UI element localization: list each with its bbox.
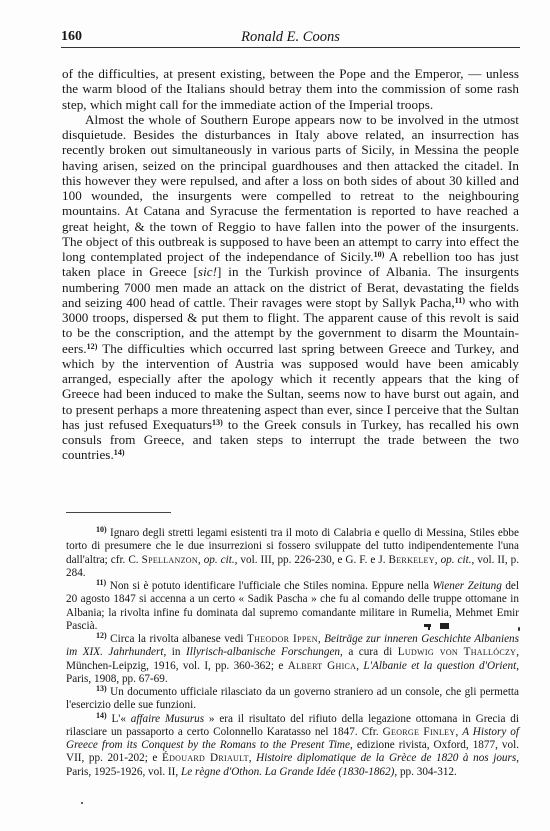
- text-run: Almost the whole of Southern Europe appe…: [62, 112, 519, 264]
- author-name: Spellanzon: [142, 554, 198, 566]
- text-run: Un documento ufficiale rilasciato da un …: [66, 686, 519, 711]
- body-paragraph: of the difficulties, at present existing…: [62, 66, 519, 112]
- footnote: 10) Ignaro degli stretti legami esistent…: [66, 527, 519, 580]
- text-run: , pp. 304-312.: [394, 766, 456, 778]
- italic-text: Illyrisch-albanische Forschungen: [186, 646, 340, 658]
- footnote-reference: 12): [87, 342, 98, 351]
- scan-artifact-dot: [518, 627, 520, 631]
- footnote-reference: 10): [374, 250, 385, 259]
- running-head: 160 Ronald E. Coons: [61, 28, 520, 46]
- footnotes: 10) Ignaro degli stretti legami esistent…: [66, 527, 519, 779]
- footnote-reference: 13): [212, 418, 223, 427]
- text-run: , vol. III, pp. 226-230, e G. F. e J.: [235, 554, 389, 566]
- running-head-author: Ronald E. Coons: [61, 28, 520, 46]
- author-name: Theodor Ippen: [247, 633, 318, 645]
- italic-text: Le règne d'Othon. La Grande Idée (1830-1…: [181, 766, 394, 778]
- italic-text: op. cit.: [204, 554, 235, 566]
- scan-artifact-dot: [81, 802, 83, 804]
- body-paragraph: Almost the whole of Southern Europe appe…: [62, 112, 519, 463]
- italic-text: sic!: [198, 264, 217, 279]
- book-page: 160 Ronald E. Coons of the difficulties,…: [0, 0, 550, 831]
- footnote-reference: 11): [455, 296, 465, 305]
- text-run: L'«: [107, 713, 131, 725]
- footnote: 11) Non si è potuto identificare l'uffic…: [66, 580, 519, 633]
- text-run: , a cura di: [340, 646, 398, 658]
- italic-text: L'Albanie et la question d'Orient: [363, 660, 516, 672]
- footnote-number: 10): [96, 525, 107, 534]
- footnote: 12) Circa la rivolta albanese vedi Theod…: [66, 633, 519, 686]
- footnote-reference: 14): [114, 448, 125, 457]
- italic-text: Wiener Zeitung: [432, 580, 501, 592]
- author-name: Ludwig von Thallóczy: [398, 646, 516, 658]
- header-rule: [61, 47, 520, 48]
- footnote: 13) Un documento ufficiale rilasciato da…: [66, 686, 519, 713]
- footnote-number: 13): [96, 684, 107, 693]
- footnote-number: 14): [96, 711, 107, 720]
- footnote-separator: [66, 512, 171, 513]
- italic-text: Histoire diplomatique de la Grèce de 182…: [256, 752, 516, 764]
- text-run: Non si è potuto identificare l'ufficiale…: [106, 580, 432, 592]
- italic-text: affaire Musurus: [131, 713, 204, 725]
- author-name: Édouard Driault: [162, 752, 249, 764]
- footnote: 14) L'« affaire Musurus » era il risulta…: [66, 713, 519, 779]
- footnote-number: 12): [96, 631, 107, 640]
- scan-artifact-mark: [428, 624, 430, 630]
- scan-artifact-mark: [440, 623, 449, 629]
- text-run: Circa la rivolta albanese vedi: [107, 633, 247, 645]
- main-body-text: of the difficulties, at present existing…: [62, 66, 519, 463]
- footnote-number: 11): [96, 578, 106, 587]
- text-run: of the difficulties, at present existing…: [62, 66, 519, 112]
- author-name: George Finley: [383, 726, 456, 738]
- italic-text: op. cit.: [441, 554, 472, 566]
- author-name: Berkeley: [388, 554, 434, 566]
- text-run: , in: [164, 646, 187, 658]
- author-name: Albert Ghica: [288, 660, 357, 672]
